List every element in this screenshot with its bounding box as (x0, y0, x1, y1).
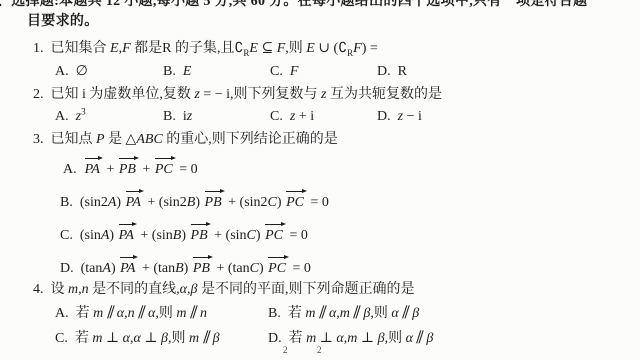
question-4-stem: 4.设 m,n 是不同的直线,α,β 是不同的平面,则下列命题正确的是 (33, 281, 414, 299)
option-label: A. (63, 161, 77, 179)
section-header-line-1: 、选择题:本题共 12 小题,每小题 5 分,共 60 分。在每小题给出的四个选… (0, 0, 587, 11)
exam-page: 、选择题:本题共 12 小题,每小题 5 分,共 60 分。在每小题给出的四个选… (0, 0, 640, 360)
question-3-text: 已知点 P 是 △ABC 的重心,则下列结论正确的是 (51, 132, 338, 147)
question-2-option-d: D.z − i (377, 108, 422, 126)
option-label: D. (60, 260, 74, 278)
option-label: C. (60, 227, 73, 245)
question-3-number: 3. (33, 132, 44, 147)
question-1-stem: 1.已知集合 E,F 都是R 的子集,且∁RE ⊆ F,则 E ∪ (∁RF) … (33, 40, 378, 58)
option-text: 若 m ∥ α,m ∥ β,则 α ∥ β (288, 306, 419, 321)
option-text: R (398, 64, 407, 79)
option-text: z3 (76, 109, 86, 124)
question-1-option-b: B.E (163, 63, 191, 81)
question-2-option-b: B.iz (163, 108, 192, 126)
option-text: z + i (290, 109, 314, 124)
question-1-option-d: D.R (377, 63, 407, 81)
option-label: A. (55, 63, 69, 81)
option-label: B. (60, 194, 73, 212)
question-1-option-a: A.∅ (55, 63, 88, 81)
option-label: C. (270, 63, 283, 81)
option-text: z − i (398, 109, 422, 124)
option-text: PA + PB + PC = 0 (84, 162, 198, 177)
option-text: 若 m ⊥ α,α ⊥ β,则 m ∥ β (75, 331, 220, 346)
question-1-text: 已知集合 E,F 都是R 的子集,且∁RE ⊆ F,则 E ∪ (∁RF) = (51, 41, 378, 56)
question-1-option-c: C.F (270, 63, 298, 81)
question-3-option-d: D.(tanA) PA + (tanB) PB + (tanC) PC = 0 (60, 256, 311, 278)
option-label: B. (163, 63, 176, 81)
question-5-fragment-exponent-left: 2 (283, 345, 288, 356)
question-4-number: 4. (33, 282, 44, 297)
question-2-text: 已知 i 为虚数单位,复数 z = − i,则下列复数与 z 互为共轭复数的是 (51, 87, 442, 102)
section-header-line-2: 目要求的。 (27, 13, 99, 31)
option-text: 若 m ∥ α,n ∥ α,则 m ∥ n (76, 306, 207, 321)
question-1-number: 1. (33, 41, 44, 56)
option-label: A. (55, 108, 69, 126)
question-2-number: 2. (33, 87, 44, 102)
option-label: C. (55, 330, 68, 348)
question-4-text: 设 m,n 是不同的直线,α,β 是不同的平面,则下列命题正确的是 (51, 282, 415, 297)
question-4-option-d: D.若 m ⊥ α,m ⊥ β,则 α ∥ β (268, 330, 433, 348)
option-label: D. (377, 63, 391, 81)
option-text: (tanA) PA + (tanB) PB + (tanC) PC = 0 (81, 261, 311, 276)
option-text: E (183, 64, 192, 79)
option-text: F (290, 64, 299, 79)
question-3-stem: 3.已知点 P 是 △ABC 的重心,则下列结论正确的是 (33, 131, 338, 149)
question-3-option-c: C.(sinA) PA + (sinB) PB + (sinC) PC = 0 (60, 223, 308, 245)
question-2-stem: 2.已知 i 为虚数单位,复数 z = − i,则下列复数与 z 互为共轭复数的… (33, 86, 442, 104)
option-label: D. (268, 330, 282, 348)
option-text: (sinA) PA + (sinB) PB + (sinC) PC = 0 (80, 228, 308, 243)
option-label: D. (377, 108, 391, 126)
question-2-option-c: C.z + i (270, 108, 314, 126)
option-text: 若 m ⊥ α,m ⊥ β,则 α ∥ β (289, 331, 434, 346)
option-label: B. (163, 108, 176, 126)
question-5-fragment-exponent-right: 2 (317, 345, 322, 356)
question-4-option-b: B.若 m ∥ α,m ∥ β,则 α ∥ β (268, 305, 419, 323)
question-2-option-a: A.z3 (55, 108, 86, 126)
question-3-option-b: B.(sin2A) PA + (sin2B) PB + (sin2C) PC =… (60, 190, 329, 212)
option-text: (sin2A) PA + (sin2B) PB + (sin2C) PC = 0 (80, 195, 329, 210)
question-4-option-a: A.若 m ∥ α,n ∥ α,则 m ∥ n (55, 305, 207, 323)
question-4-option-c: C.若 m ⊥ α,α ⊥ β,则 m ∥ β (55, 330, 220, 348)
option-label: B. (268, 305, 281, 323)
option-label: A. (55, 305, 69, 323)
option-text: ∅ (76, 64, 88, 79)
question-3-option-a: A.PA + PB + PC = 0 (63, 157, 198, 179)
option-label: C. (270, 108, 283, 126)
option-text: iz (183, 109, 192, 124)
